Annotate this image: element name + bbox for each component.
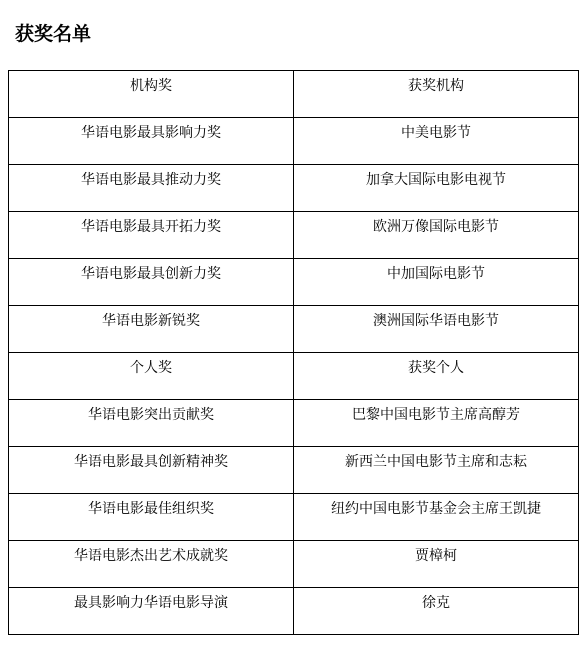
cell-winner: 获奖个人 [294, 353, 579, 400]
cell-winner: 获奖机构 [294, 71, 579, 118]
cell-award: 华语电影突出贡献奖 [9, 400, 294, 447]
table-row: 华语电影最具影响力奖 中美电影节 [9, 118, 579, 165]
awards-table: 机构奖 获奖机构 华语电影最具影响力奖 中美电影节 华语电影最具推动力奖 加拿大… [8, 70, 579, 635]
cell-winner: 中美电影节 [294, 118, 579, 165]
table-row-section-header: 个人奖 获奖个人 [9, 353, 579, 400]
table-row-section-header: 机构奖 获奖机构 [9, 71, 579, 118]
cell-award: 华语电影最具开拓力奖 [9, 212, 294, 259]
table-row: 华语电影最具创新精神奖 新西兰中国电影节主席和志耘 [9, 447, 579, 494]
cell-winner: 澳洲国际华语电影节 [294, 306, 579, 353]
cell-award: 个人奖 [9, 353, 294, 400]
cell-winner: 加拿大国际电影电视节 [294, 165, 579, 212]
table-row: 华语电影最具创新力奖 中加国际电影节 [9, 259, 579, 306]
cell-winner: 欧洲万像国际电影节 [294, 212, 579, 259]
cell-award: 华语电影新锐奖 [9, 306, 294, 353]
cell-award: 最具影响力华语电影导演 [9, 588, 294, 635]
cell-winner: 徐克 [294, 588, 579, 635]
cell-award: 华语电影最具影响力奖 [9, 118, 294, 165]
cell-award: 华语电影最佳组织奖 [9, 494, 294, 541]
table-row: 华语电影新锐奖 澳洲国际华语电影节 [9, 306, 579, 353]
table-row: 华语电影最佳组织奖 纽约中国电影节基金会主席王凯捷 [9, 494, 579, 541]
table-row: 华语电影突出贡献奖 巴黎中国电影节主席高醇芳 [9, 400, 579, 447]
page-title: 获奖名单 [15, 21, 91, 47]
cell-award: 机构奖 [9, 71, 294, 118]
table-row: 华语电影最具推动力奖 加拿大国际电影电视节 [9, 165, 579, 212]
table-row: 华语电影最具开拓力奖 欧洲万像国际电影节 [9, 212, 579, 259]
cell-award: 华语电影最具创新力奖 [9, 259, 294, 306]
cell-award: 华语电影杰出艺术成就奖 [9, 541, 294, 588]
table-row: 华语电影杰出艺术成就奖 贾樟柯 [9, 541, 579, 588]
cell-winner: 新西兰中国电影节主席和志耘 [294, 447, 579, 494]
cell-winner: 纽约中国电影节基金会主席王凯捷 [294, 494, 579, 541]
cell-winner: 贾樟柯 [294, 541, 579, 588]
table-row: 最具影响力华语电影导演 徐克 [9, 588, 579, 635]
cell-award: 华语电影最具创新精神奖 [9, 447, 294, 494]
cell-award: 华语电影最具推动力奖 [9, 165, 294, 212]
cell-winner: 巴黎中国电影节主席高醇芳 [294, 400, 579, 447]
cell-winner: 中加国际电影节 [294, 259, 579, 306]
